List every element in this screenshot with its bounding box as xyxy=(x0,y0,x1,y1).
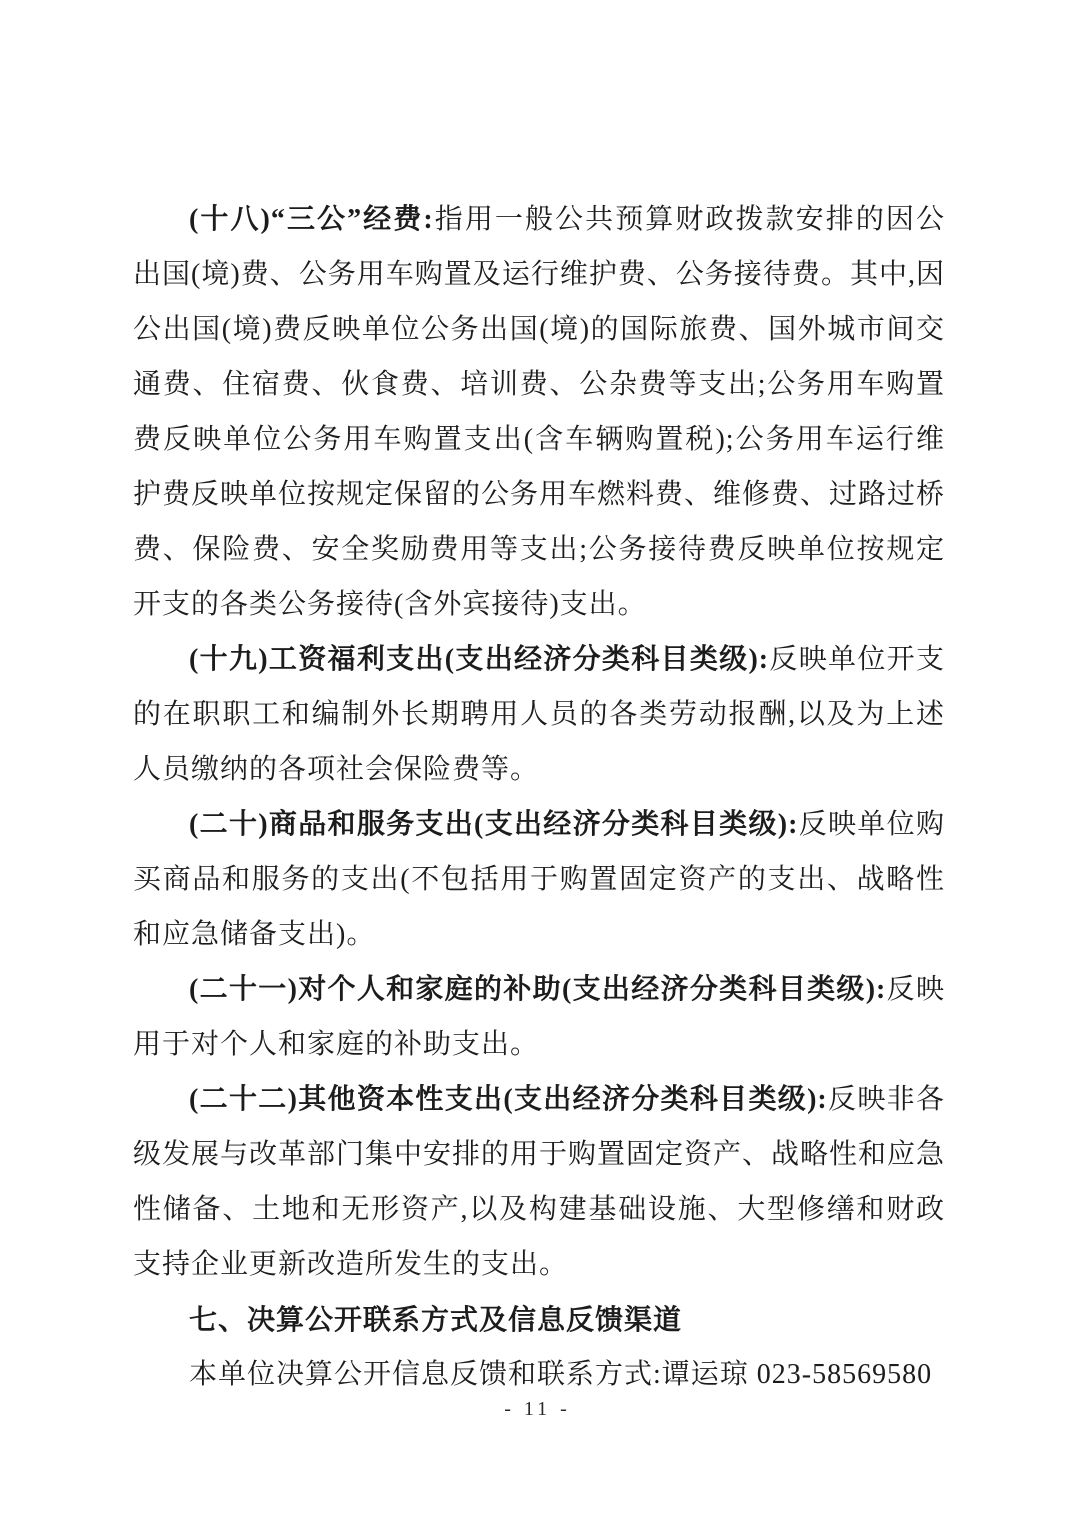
document-content: (十八)“三公”经费:指用一般公共预算财政拨款安排的因公出国(境)费、公务用车购… xyxy=(133,192,945,1402)
document-page: (十八)“三公”经费:指用一般公共预算财政拨款安排的因公出国(境)费、公务用车购… xyxy=(0,0,1075,1520)
paragraph-lead-20: (二十)商品和服务支出(支出经济分类科目类级): xyxy=(189,809,798,840)
section-heading-contact-channels: 七、决算公开联系方式及信息反馈渠道 xyxy=(133,1292,945,1347)
page-number: - 11 - xyxy=(0,1398,1075,1421)
contact-info-line: 本单位决算公开信息反馈和联系方式:谭运琼 023-58569580 xyxy=(133,1347,945,1402)
paragraph-lead-18: (十八)“三公”经费: xyxy=(189,204,434,235)
paragraph-individual-family-subsidy: (二十一)对个人和家庭的补助(支出经济分类科目类级):反映用于对个人和家庭的补助… xyxy=(133,962,945,1072)
paragraph-lead-21: (二十一)对个人和家庭的补助(支出经济分类科目类级): xyxy=(189,974,886,1005)
paragraph-wage-welfare-expenditure: (十九)工资福利支出(支出经济分类科目类级):反映单位开支的在职职工和编制外长期… xyxy=(133,632,945,797)
paragraph-other-capital-expenditure: (二十二)其他资本性支出(支出经济分类科目类级):反映非各级发展与改革部门集中安… xyxy=(133,1072,945,1292)
paragraph-body-18: 指用一般公共预算财政拨款安排的因公出国(境)费、公务用车购置及运行维护费、公务接… xyxy=(133,204,945,620)
paragraph-lead-19: (十九)工资福利支出(支出经济分类科目类级): xyxy=(189,644,769,675)
paragraph-san-gong-expenses: (十八)“三公”经费:指用一般公共预算财政拨款安排的因公出国(境)费、公务用车购… xyxy=(133,192,945,632)
paragraph-lead-22: (二十二)其他资本性支出(支出经济分类科目类级): xyxy=(189,1084,828,1115)
paragraph-goods-services-expenditure: (二十)商品和服务支出(支出经济分类科目类级):反映单位购买商品和服务的支出(不… xyxy=(133,797,945,962)
